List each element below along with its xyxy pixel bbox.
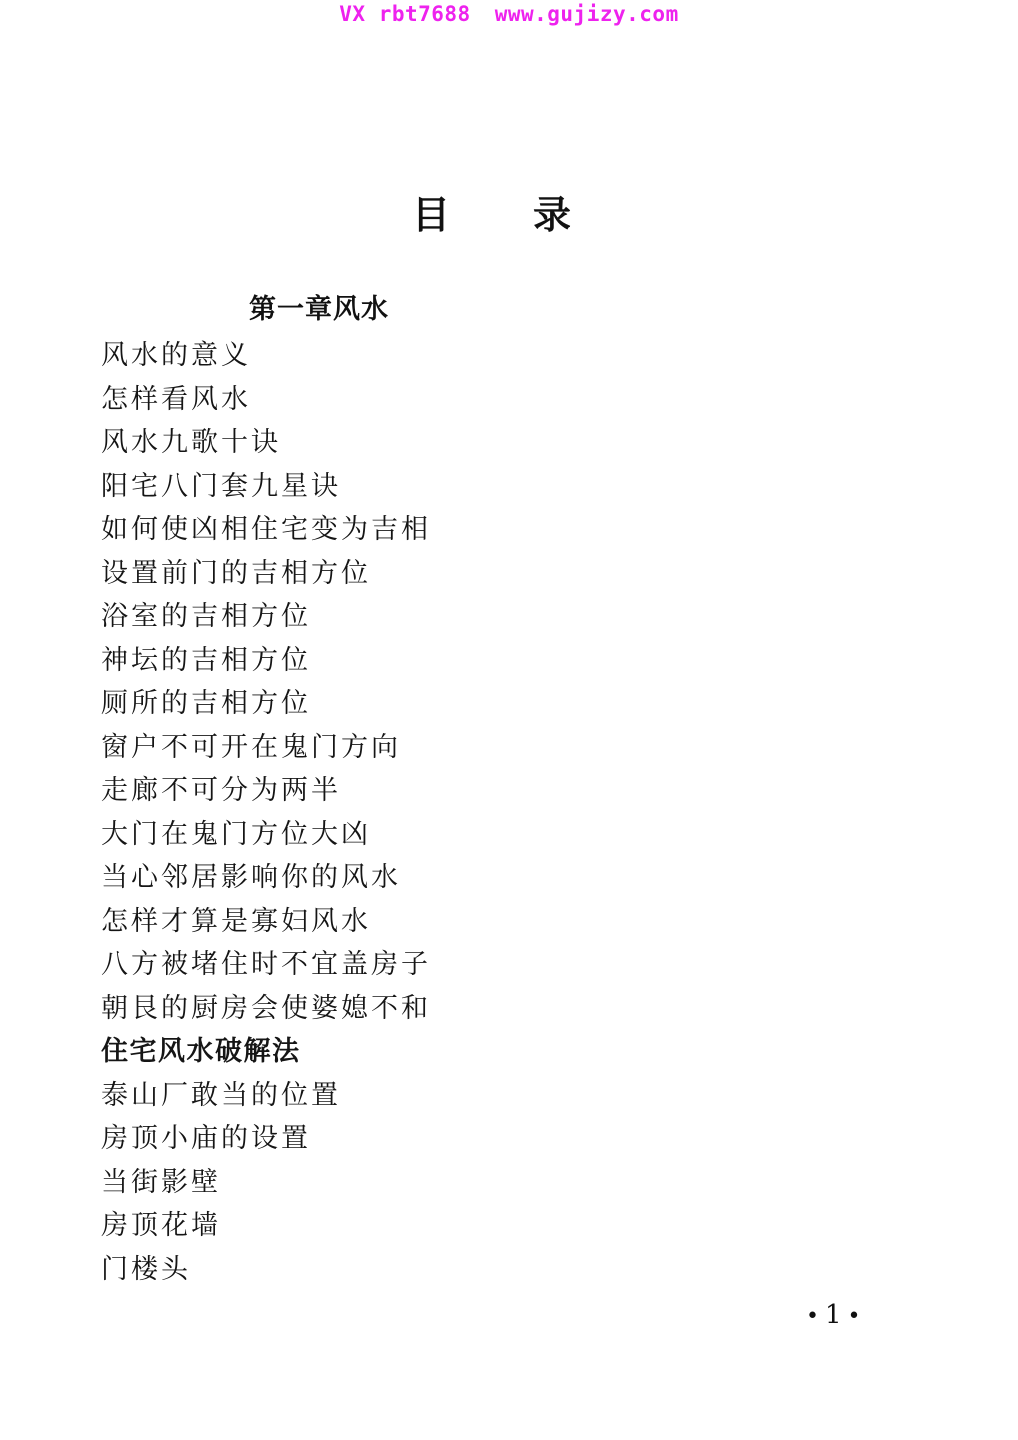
toc-item: 朝艮的厨房会使婆媳不和	[101, 987, 431, 1031]
toc-item: 八方被堵住时不宜盖房子	[101, 943, 431, 987]
toc-item: 当街影壁	[101, 1161, 431, 1205]
toc-item: 当心邻居影响你的风水	[101, 856, 431, 900]
toc-section-heading: 住宅风水破解法	[101, 1030, 431, 1074]
watermark-site: www.gujizy.com	[495, 2, 679, 26]
toc-item: 窗户不可开在鬼门方向	[101, 726, 431, 770]
toc-item: 大门在鬼门方位大凶	[101, 813, 431, 857]
toc-item: 怎样看风水	[101, 378, 431, 422]
toc-item: 神坛的吉相方位	[101, 639, 431, 683]
bullet-dot-icon: •	[806, 1304, 819, 1329]
page-number-value: 1	[825, 1300, 842, 1330]
toc-item: 浴室的吉相方位	[101, 595, 431, 639]
toc-item: 厕所的吉相方位	[101, 682, 431, 726]
toc-item: 房顶小庙的设置	[101, 1117, 431, 1161]
toc-item: 风水九歌十诀	[101, 421, 431, 465]
page-number: •1•	[800, 1298, 867, 1334]
toc-item: 怎样才算是寡妇风水	[101, 900, 431, 944]
watermark-contact: VX rbt7688	[339, 2, 470, 26]
toc-item: 阳宅八门套九星诀	[101, 465, 431, 509]
chapter-heading: 第一章风水	[249, 290, 389, 330]
toc-item: 如何使凶相住宅变为吉相	[101, 508, 431, 552]
toc-item: 风水的意义	[101, 334, 431, 378]
toc-item: 房顶花墙	[101, 1204, 431, 1248]
toc-item: 门楼头	[101, 1248, 431, 1292]
bullet-dot-icon: •	[848, 1304, 861, 1329]
toc-item: 泰山厂敢当的位置	[101, 1074, 431, 1118]
toc-item: 设置前门的吉相方位	[101, 552, 431, 596]
page-title-char-2: 录	[533, 190, 571, 240]
watermark: VX rbt7688www.gujizy.com	[0, 2, 1018, 26]
page-title-char-1: 目	[412, 190, 450, 240]
table-of-contents: 风水的意义 怎样看风水 风水九歌十诀 阳宅八门套九星诀 如何使凶相住宅变为吉相 …	[101, 334, 431, 1291]
toc-item: 走廊不可分为两半	[101, 769, 431, 813]
